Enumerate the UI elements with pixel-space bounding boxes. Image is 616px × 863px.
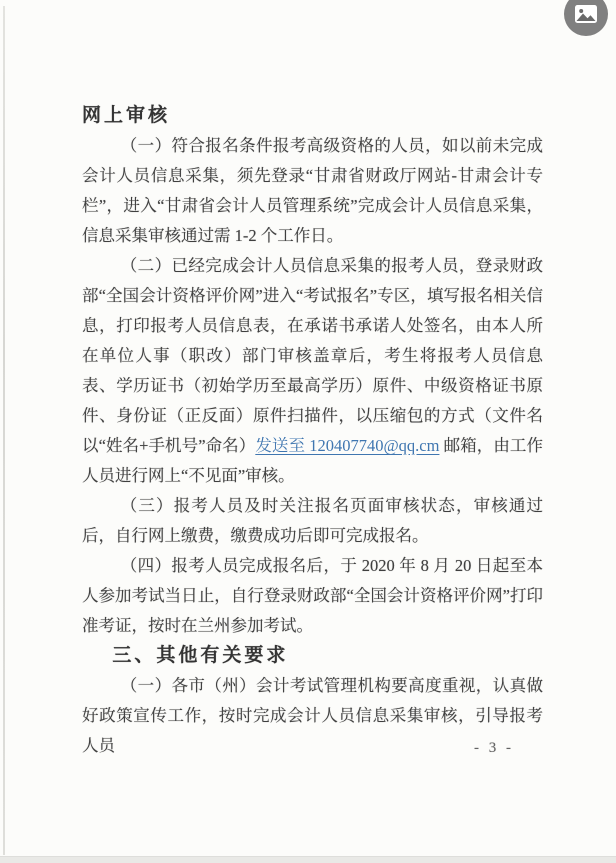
text-segment: 三、其他有关要求 [112,645,288,666]
paragraph: （一）符合报名条件报考高级资格的人员，如以前未完成会计人员信息采集，须先登录“甘… [82,131,543,251]
email-link[interactable]: 发送至 120407740@qq.cm [255,436,439,455]
scan-edge-line [3,6,5,855]
image-icon-glyph [561,0,611,42]
section-heading: 三、其他有关要求 [82,641,543,671]
text-segment: （三）报考人员及时关注报名页面审核状态，审核通过后，自行网上缴费，缴费成功后即可… [82,496,543,545]
scanned-document-page: 网上审核（一）符合报名条件报考高级资格的人员，如以前未完成会计人员信息采集，须先… [0,0,616,863]
document-body: 网上审核（一）符合报名条件报考高级资格的人员，如以前未完成会计人员信息采集，须先… [82,101,543,761]
scan-bottom-edge [0,856,616,863]
section-heading: 网上审核 [82,101,543,131]
text-segment: （四）报考人员完成报名后，于 2020 年 8 月 20 日起至本人参加考试当日… [82,556,543,635]
paragraph: （三）报考人员及时关注报名页面审核状态，审核通过后，自行网上缴费，缴费成功后即可… [82,491,543,551]
text-segment: （二）已经完成会计人员信息采集的报考人员，登录财政部“全国会计资格评价网”进入“… [82,256,543,455]
image-icon[interactable] [561,0,611,42]
paragraph: （四）报考人员完成报名后，于 2020 年 8 月 20 日起至本人参加考试当日… [82,551,543,641]
text-segment: （一）符合报名条件报考高级资格的人员，如以前未完成会计人员信息采集，须先登录“甘… [82,136,543,245]
paragraph: （二）已经完成会计人员信息采集的报考人员，登录财政部“全国会计资格评价网”进入“… [82,251,543,491]
page-number: - 3 - [474,740,514,757]
text-segment: 网上审核 [82,105,170,126]
